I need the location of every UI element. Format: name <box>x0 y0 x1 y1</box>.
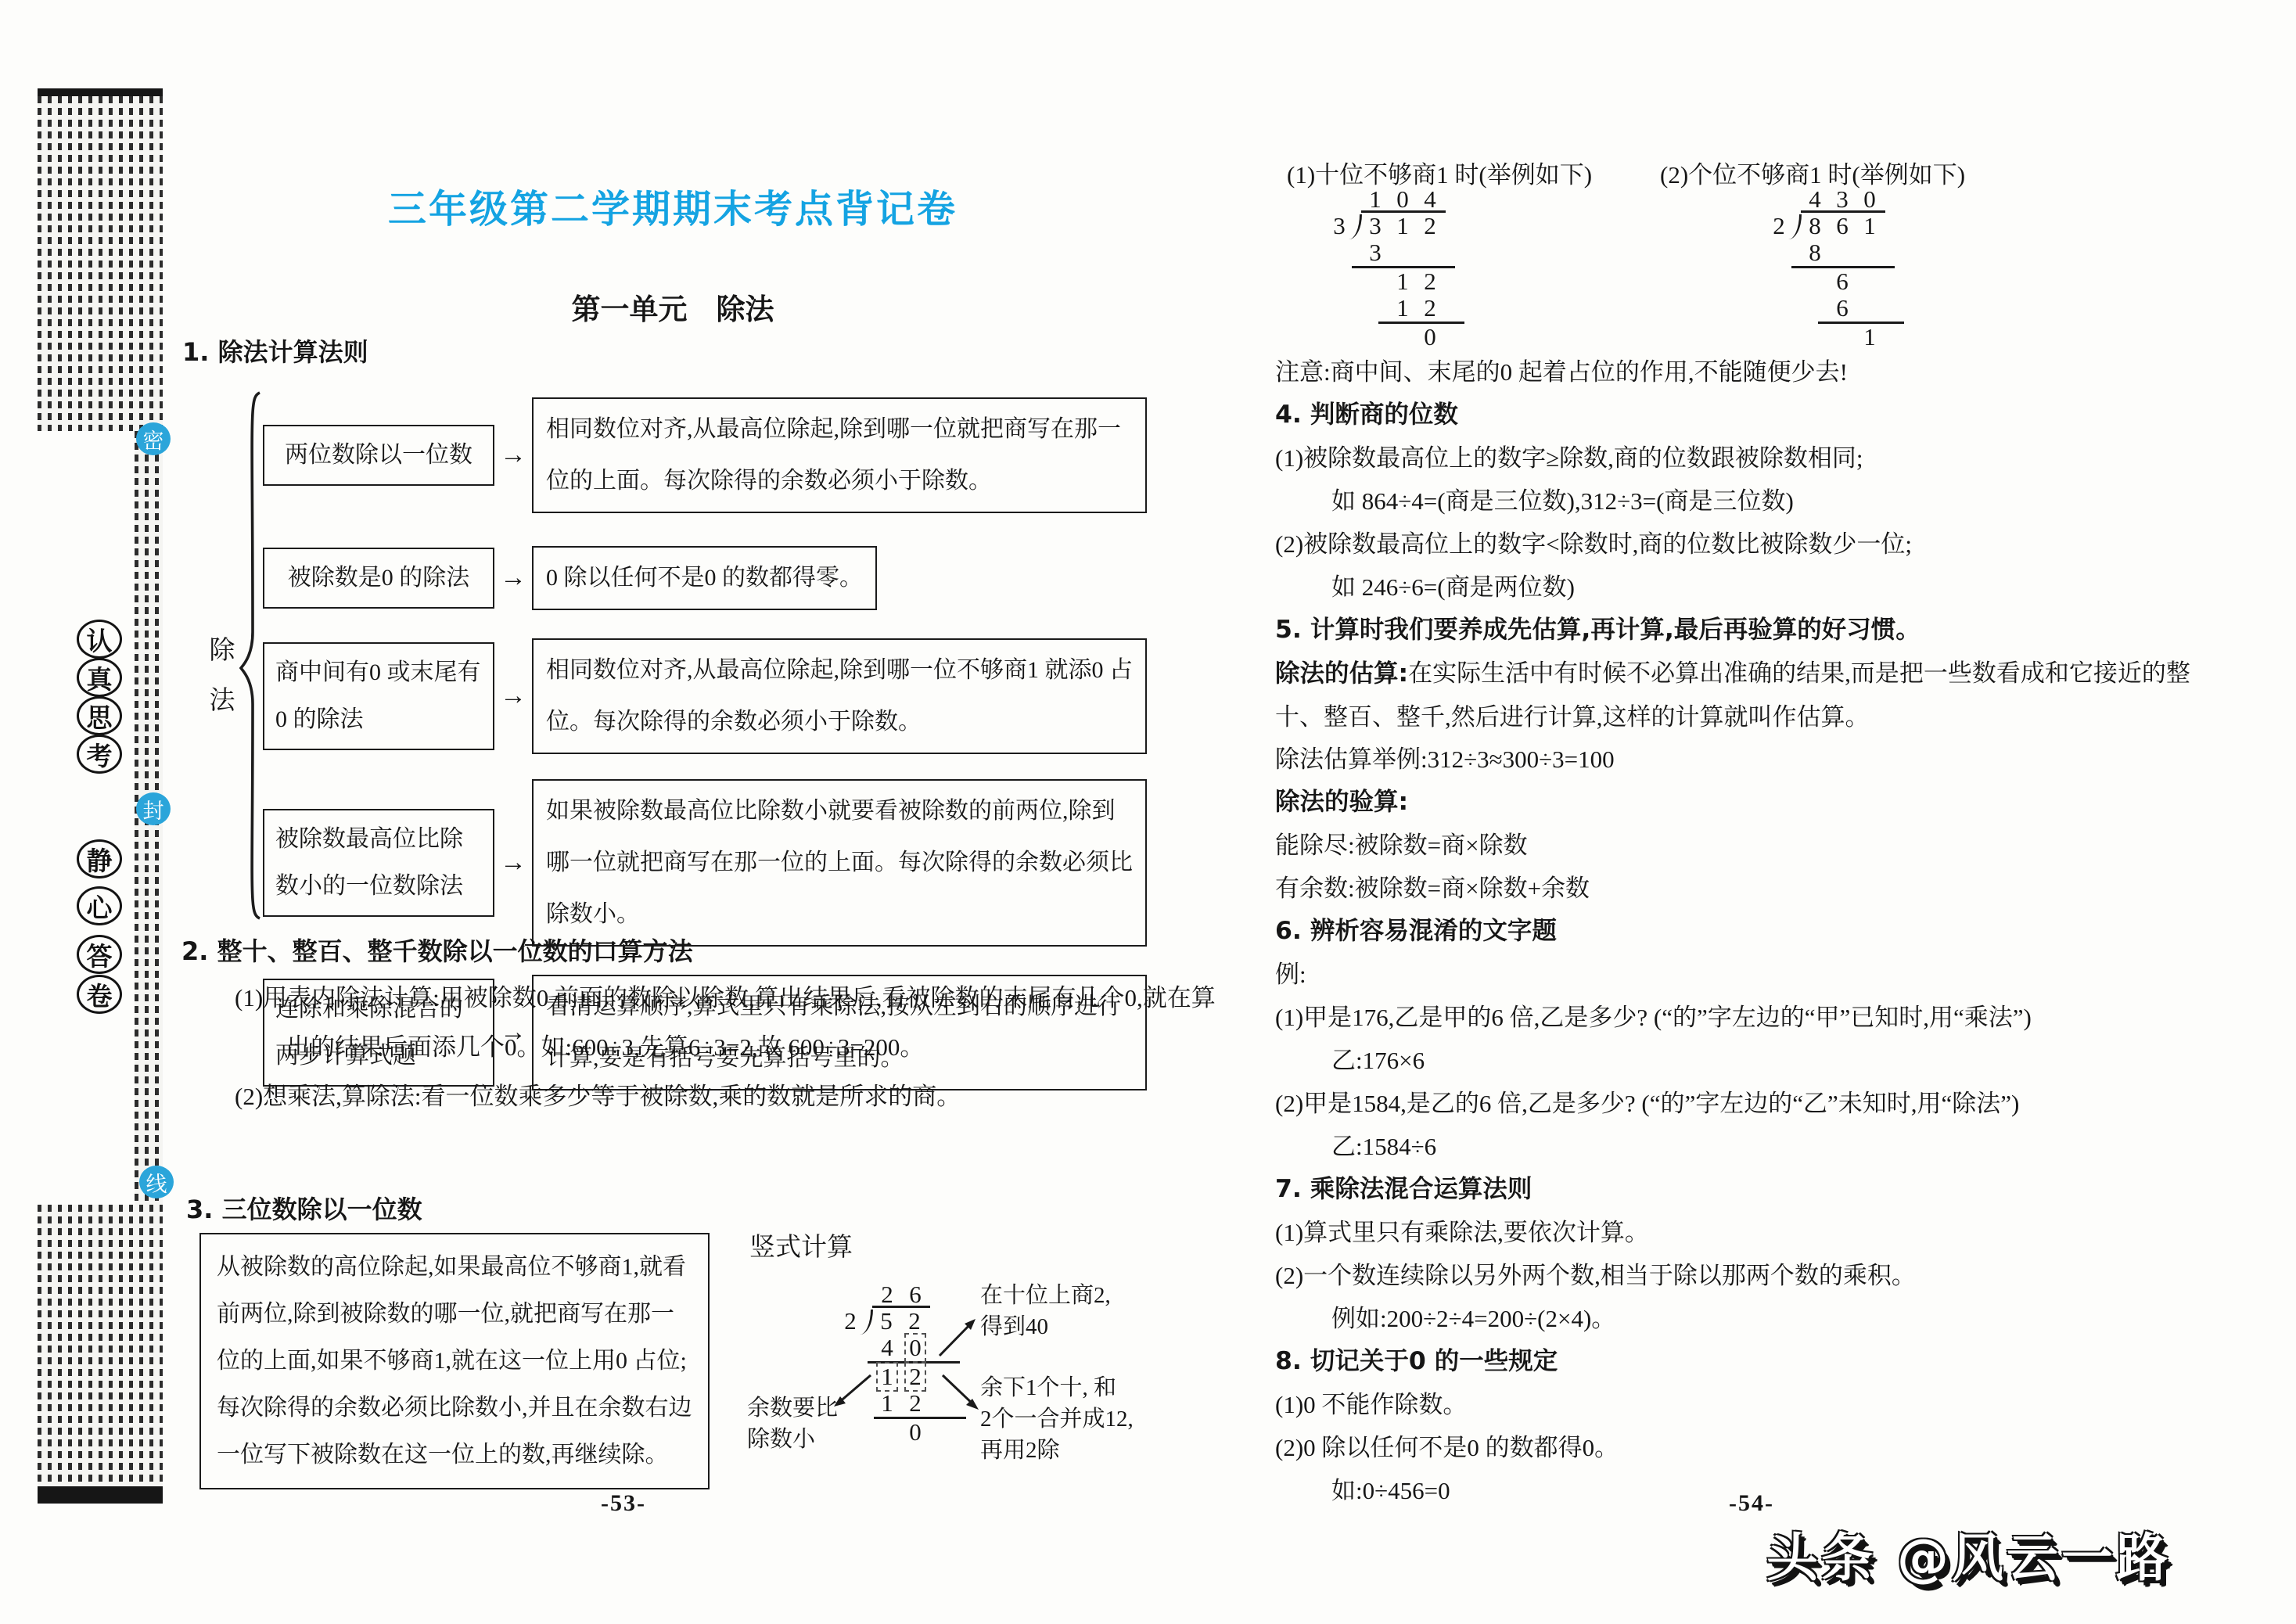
annotation-combine-12: 余下1个十, 和 2个一合并成12, 再用2除 <box>980 1372 1134 1466</box>
s7-line3: 例如:200÷2÷4=200÷(2×4)。 <box>1331 1297 2249 1340</box>
seal-char-feng-label: 封 <box>143 794 164 825</box>
digit: 4 <box>1421 186 1439 213</box>
s6-example-label: 例: <box>1275 953 2249 996</box>
arrow-right-icon: → <box>494 681 532 711</box>
work-row: 12 <box>1393 295 1464 322</box>
digit: 1 <box>1860 213 1879 239</box>
digit-boxed: 2 <box>904 1362 926 1392</box>
diagram-row: 商中间有0 或末尾有0 的除法 → 相同数位对齐,从最高位除起,除到哪一位不够商… <box>263 638 1147 754</box>
motto-circle-xin: 心 <box>77 886 122 925</box>
s4-line3: (2)被除数最高位上的数字<除数时,商的位数比被除数少一位; <box>1275 523 2249 566</box>
s4-line4: 如 246÷6=(商是两位数) <box>1331 566 2249 609</box>
section8-heading: 8. 切记关于0 的一些规定 <box>1275 1340 2249 1383</box>
workbook-spread: 密 封 线 认 真 思 考 静 心 答 卷 三年级第二学期期末考点背记卷 第一单… <box>0 0 2296 1624</box>
motto-circle-da: 答 <box>77 935 122 974</box>
s6-line3: (2)甲是1584,是乙的6 倍,乙是多少? (“的”字左边的“乙”未知时,用“… <box>1275 1082 2249 1125</box>
arrow-down-left-icon <box>827 1369 877 1413</box>
section3-rule-box: 从被除数的高位除起,如果最高位不够商1,就看前两位,除到被除数的哪一位,就把商写… <box>199 1233 710 1489</box>
section3-heading: 3. 三位数除以一位数 <box>186 1190 422 1226</box>
digit: 3 <box>1833 186 1852 213</box>
estimation-text: 在实际生活中有时候不必算出准确的结果,而是把一些数看成和它接近的整十、整百、整千… <box>1275 659 2190 731</box>
motto-circle-jing: 静 <box>77 839 122 878</box>
section2-paragraph1: (1)用表内除法计算:用被除数0 前面的数除以除数,算出结果后,看被除数的末尾有… <box>286 973 1217 1072</box>
divisor-dividend-row: 3 312 <box>1330 213 1464 239</box>
motto-circle-zhen: 真 <box>77 658 122 697</box>
annotation-tens-quotient: 在十位上商2, 得到40 <box>980 1280 1111 1342</box>
digit: 6 <box>1833 213 1852 239</box>
division-bracket-icon <box>1788 214 1802 239</box>
digit: 4 <box>878 1335 896 1361</box>
arrow-right-icon: → <box>494 848 532 878</box>
s7-line2: (2)一个数连续除以另外两个数,相当于除以那两个数的乘积。 <box>1275 1254 2249 1297</box>
motto-char: 考 <box>87 736 113 773</box>
dot-pattern-top <box>38 96 163 431</box>
work-row: 12 <box>1393 268 1464 295</box>
right-page-body: 注意:商中间、末尾的0 起着占位的作用,不能随便少去! 4. 判断商的位数 (1… <box>1275 350 2249 1512</box>
dividend: 861 <box>1801 210 1885 239</box>
section5-heading: 5. 计算时我们要养成先估算,再计算,最后再验算的好习惯。 <box>1275 609 2249 652</box>
section4-heading: 4. 判断商的位数 <box>1275 393 2249 437</box>
motto-char: 认 <box>87 621 113 658</box>
digit: 2 <box>905 1308 924 1335</box>
division-bracket-icon <box>1349 214 1362 239</box>
divisor: 2 <box>841 1308 860 1335</box>
rule-topic: 两位数除以一位数 <box>263 425 494 486</box>
note-line: 注意:商中间、末尾的0 起着占位的作用,不能随便少去! <box>1275 350 2249 393</box>
s6-line2: 乙:176×6 <box>1331 1039 2249 1082</box>
digit: 0 <box>1393 186 1412 213</box>
digit-boxed: 0 <box>904 1333 926 1363</box>
arrow-up-right-icon <box>933 1313 980 1360</box>
remainder-row: 0 <box>1421 324 1464 350</box>
example1-caption: (1)十位不够商1 时(举例如下) <box>1287 155 1592 190</box>
digit: 1 <box>1393 213 1412 239</box>
divisor-dividend-row: 2 861 <box>1770 213 1904 239</box>
motto-char: 答 <box>87 936 113 973</box>
s4-line1: (1)被除数最高位上的数字≥除数,商的位数跟被除数相同; <box>1275 437 2249 480</box>
digit: 8 <box>1806 239 1824 266</box>
diagram-row: 两位数除以一位数 → 相同数位对齐,从最高位除起,除到哪一位就把商写在那一位的上… <box>263 397 1147 513</box>
digit: 2 <box>906 1390 925 1417</box>
work-row: 3 <box>1366 239 1464 266</box>
rule-topic: 被除数最高位比除数小的一位数除法 <box>263 809 494 917</box>
s7-line1: (1)算式里只有乘除法,要依次计算。 <box>1275 1211 2249 1254</box>
digit: 1 <box>878 1390 896 1417</box>
binding-bar-bottom <box>38 1486 163 1504</box>
check-label: 除法的验算: <box>1275 781 2249 824</box>
rule-topic: 商中间有0 或末尾有0 的除法 <box>263 642 494 750</box>
diagram-brace-label: 除法 <box>207 626 238 726</box>
page-number-left: -53- <box>601 1490 646 1517</box>
motto-circle-juan: 卷 <box>77 975 122 1014</box>
page-number-right: -54- <box>1729 1490 1774 1517</box>
digit: 0 <box>1860 186 1879 213</box>
digit: 2 <box>1421 268 1439 295</box>
section6-heading: 6. 辨析容易混淆的文字题 <box>1275 910 2249 953</box>
section1-heading: 1. 除法计算法则 <box>182 332 368 368</box>
arrow-down-right-icon <box>936 1369 983 1416</box>
divisor: 3 <box>1330 213 1349 239</box>
digit: 1 <box>1393 268 1412 295</box>
arrow-right-icon: → <box>494 440 532 470</box>
digit: 0 <box>1421 324 1439 350</box>
quotient-row: 430 <box>1806 186 1904 213</box>
division-bracket-icon <box>860 1310 873 1335</box>
estimation-paragraph: 除法的估算:在实际生活中有时候不必算出准确的结果,而是把一些数看成和它接近的整十… <box>1275 652 2237 738</box>
s8-line2: (2)0 除以任何不是0 的数都得0。 <box>1275 1426 2249 1469</box>
motto-char: 心 <box>87 888 113 925</box>
s8-line1: (1)0 不能作除数。 <box>1275 1383 2249 1426</box>
motto-circle-ren: 认 <box>77 620 122 659</box>
motto-char: 静 <box>87 841 113 878</box>
digit: 6 <box>1833 295 1852 322</box>
estimation-label: 除法的估算: <box>1275 659 1408 688</box>
rule-description: 0 除以任何不是0 的数都得零。 <box>532 546 877 610</box>
seal-char-xian: 线 <box>139 1166 174 1198</box>
diagram-row: 被除数是0 的除法 → 0 除以任何不是0 的数都得零。 <box>263 546 1147 610</box>
motto-circle-si: 思 <box>77 696 122 735</box>
digit: 2 <box>1421 295 1439 322</box>
work-row: 6 <box>1833 268 1904 295</box>
s4-line2: 如 864÷4=(商是三位数),312÷3=(商是三位数) <box>1331 480 2249 523</box>
work-row: 8 <box>1806 239 1904 266</box>
rule-description: 相同数位对齐,从最高位除起,除到哪一位不够商1 就添0 占位。每次除得的余数必须… <box>532 638 1147 754</box>
dividend: 312 <box>1361 210 1446 239</box>
digit: 8 <box>1806 213 1824 239</box>
seal-char-xian-label: 线 <box>146 1167 167 1198</box>
binding-strip: 密 封 线 认 真 思 考 静 心 答 卷 <box>38 88 163 1506</box>
seal-char-feng: 封 <box>136 792 171 825</box>
vertical-calc-label: 竖式计算 <box>749 1227 853 1263</box>
dot-pattern-bottom <box>38 1205 163 1486</box>
watermark: 头条 @风云一路 <box>1766 1516 2171 1590</box>
section2-block: 2. 整十、整百、整千数除以一位数的口算方法 (1)用表内除法计算:用被除数0 … <box>181 929 1136 1121</box>
check-line1: 能除尽:被除数=商×除数 <box>1275 824 2249 867</box>
s6-line1: (1)甲是176,乙是甲的6 倍,乙是多少? (“的”字左边的“甲”已知时,用“… <box>1275 996 2249 1039</box>
motto-char: 卷 <box>87 976 113 1013</box>
estimation-example: 除法估算举例:312÷3≈300÷3=100 <box>1275 738 2249 781</box>
digit: 6 <box>1833 268 1852 295</box>
digit: 0 <box>906 1419 925 1446</box>
digit: 1 <box>1366 186 1385 213</box>
rule-description: 如果被除数最高位比除数小就要看被除数的前两位,除到哪一位就把商写在那一位的上面。… <box>532 779 1147 947</box>
divisor: 2 <box>1770 213 1788 239</box>
motto-char: 真 <box>87 659 113 696</box>
work-row: 6 <box>1833 295 1904 322</box>
quotient-row: 104 <box>1366 186 1464 213</box>
motto-circle-kao: 考 <box>77 735 122 774</box>
unit-heading: 第一单元 除法 <box>180 286 1166 328</box>
section2-heading: 2. 整十、整百、整千数除以一位数的口算方法 <box>181 929 1136 973</box>
digit-boxed: 1 <box>876 1362 898 1392</box>
digit: 4 <box>1806 186 1824 213</box>
digit: 3 <box>1366 213 1385 239</box>
dividend: 52 <box>872 1306 930 1335</box>
rule-description: 相同数位对齐,从最高位除起,除到哪一位就把商写在那一位的上面。每次除得的余数必须… <box>532 397 1147 513</box>
check-line2: 有余数:被除数=商×除数+余数 <box>1275 867 2249 910</box>
section2-paragraph2: (2)想乘法,算除法:看一位数乘多少等于被除数,乘的数就是所求的商。 <box>286 1072 1217 1121</box>
curly-brace <box>238 390 261 922</box>
digit: 3 <box>1366 239 1385 266</box>
seal-char-mi-label: 密 <box>143 424 164 455</box>
rule-topic: 被除数是0 的除法 <box>263 548 494 609</box>
worked-division-312-3: 104 3 312 3 12 12 0 <box>1330 186 1464 350</box>
diagram-row: 被除数最高位比除数小的一位数除法 → 如果被除数最高位比除数小就要看被除数的前两… <box>263 779 1147 947</box>
page-title: 三年级第二学期期末考点背记卷 <box>180 179 1166 234</box>
seal-char-mi: 密 <box>136 422 171 455</box>
motto-char: 思 <box>87 698 113 735</box>
worked-division-861-2: 430 2 861 8 6 6 1 <box>1770 186 1904 350</box>
digit: 2 <box>878 1281 896 1308</box>
digit: 1 <box>1393 295 1412 322</box>
s8-line3: 如:0÷456=0 <box>1331 1469 2249 1512</box>
section7-heading: 7. 乘除法混合运算法则 <box>1275 1168 2249 1211</box>
remainder-row: 1 <box>1860 324 1904 350</box>
digit: 1 <box>1860 324 1879 350</box>
binding-bar-top <box>38 88 163 96</box>
worked-division-52-2: 26 2 52 40 12 12 0 在十位上商2, 得到40 余下1个十, 和… <box>841 1281 1177 1485</box>
digit: 5 <box>877 1308 896 1335</box>
digit: 6 <box>906 1281 925 1308</box>
arrow-right-icon: → <box>494 563 532 593</box>
s6-line4: 乙:1584÷6 <box>1331 1125 2249 1168</box>
digit: 2 <box>1421 213 1439 239</box>
